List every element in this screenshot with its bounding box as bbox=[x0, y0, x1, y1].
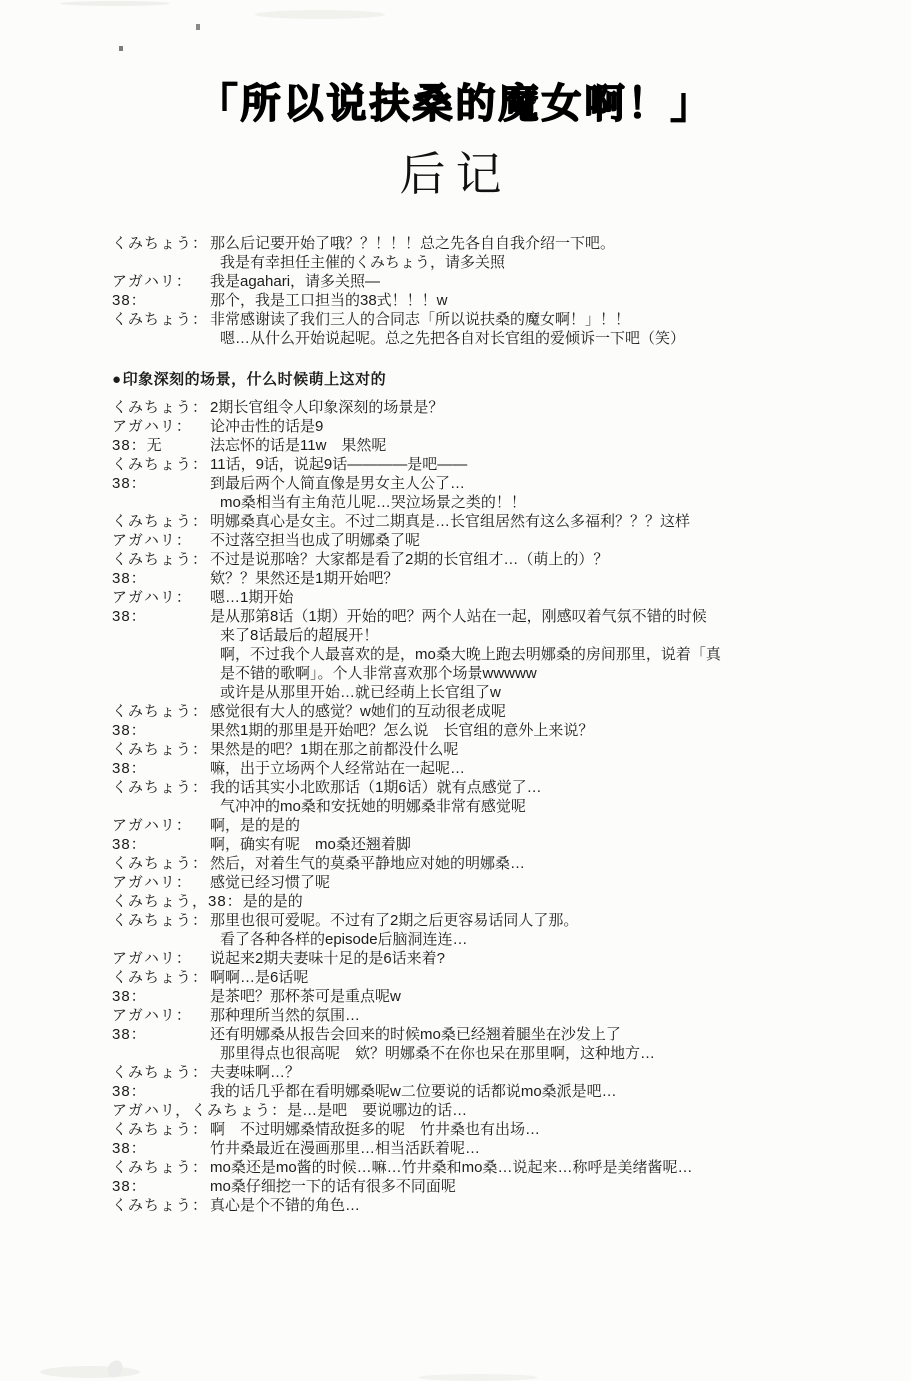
dialogue-text: 我是有幸担任主催的くみちょう，请多关照 bbox=[210, 253, 505, 272]
dialogue-text: 论冲击性的话是9 bbox=[210, 417, 323, 436]
dialogue-text: 非常感谢读了我们三人的合同志「所以说扶桑的魔女啊！」！！ bbox=[210, 310, 630, 329]
dialogue-line: 来了8话最后的超展开！ bbox=[112, 626, 872, 645]
dialogue-line: 气冲冲的mo桑和安抚她的明娜桑非常有感觉呢 bbox=[112, 797, 872, 816]
speaker-label: くみちょう： bbox=[112, 1196, 210, 1215]
dialogue-text: 那种理所当然的氛围… bbox=[210, 1006, 360, 1025]
speaker-label bbox=[112, 253, 210, 272]
speaker-label bbox=[112, 626, 210, 645]
dialogue-line: アガハリ：嗯…1期开始 bbox=[112, 588, 872, 607]
dialogue-line: くみちょう：真心是个不错的角色… bbox=[112, 1196, 872, 1215]
dialogue-text: 然后，对着生气的莫桑平静地应对她的明娜桑… bbox=[210, 854, 525, 873]
speaker-label: くみちょう： bbox=[112, 968, 210, 987]
dialogue-text: 我是agahari，请多关照— bbox=[210, 272, 380, 291]
dialogue-line: くみちょう，38：是的是的 bbox=[112, 892, 872, 911]
dialogue-line: 38：竹井桑最近在漫画那里…相当活跃着呢… bbox=[112, 1139, 872, 1158]
dialogue-line: アガハリ：那种理所当然的氛围… bbox=[112, 1006, 872, 1025]
dialogue-line: くみちょう：我的话其实小北欧那话（1期6话）就有点感觉了… bbox=[112, 778, 872, 797]
dialogue-line: 38：果然1期的那里是开始吧？怎么说 长官组的意外上来说？ bbox=[112, 721, 872, 740]
dialogue-line: 38：是茶吧？那杯茶可是重点呢w bbox=[112, 987, 872, 1006]
dialogue-text: 嗯…1期开始 bbox=[210, 588, 293, 607]
speaker-label: アガハリ： bbox=[112, 949, 210, 968]
speaker-label: 38： bbox=[112, 987, 210, 1006]
dialogue-line: アガハリ，くみちょう：是…是吧 要说哪边的话… bbox=[112, 1101, 872, 1120]
dialogue-text: 明娜桑真心是女主。不过二期真是…长官组居然有这么多福利？？？这样 bbox=[210, 512, 690, 531]
dialogue-text: 夫妻味啊…？ bbox=[210, 1063, 300, 1082]
dialogue-text: 啊，确实有呢 mo桑还翘着脚 bbox=[210, 835, 411, 854]
dialogue-text: 看了各种各样的episode后脑洞连连… bbox=[210, 930, 468, 949]
speaker-label: アガハリ： bbox=[112, 1006, 210, 1025]
speaker-label: 38： bbox=[112, 1025, 210, 1044]
dialogue-line: くみちょう：11话，9话，说起9话————是吧—— bbox=[112, 455, 872, 474]
dialogue-text: mo桑相当有主角范儿呢…哭泣场景之类的！！ bbox=[210, 493, 526, 512]
dialogue-line: くみちょう：然后，对着生气的莫桑平静地应对她的明娜桑… bbox=[112, 854, 872, 873]
dialogue-text: 果然是的吧？1期在那之前都没什么呢 bbox=[210, 740, 458, 759]
dialogue-line: 38：啊，确实有呢 mo桑还翘着脚 bbox=[112, 835, 872, 854]
discussion-dialogue: くみちょう：2期长官组令人印象深刻的场景是？アガハリ：论冲击性的话是938：无法… bbox=[112, 398, 872, 1215]
dialogue-text: 果然1期的那里是开始吧？怎么说 长官组的意外上来说？ bbox=[210, 721, 593, 740]
dialogue-line: 38：无法忘怀的话是11w 果然呢 bbox=[112, 436, 872, 455]
speaker-label: 38： bbox=[112, 569, 210, 588]
dialogue-line: 是不错的歌啊」。个人非常喜欢那个场景wwwww bbox=[112, 664, 872, 683]
dialogue-text: 我的话几乎都在看明娜桑呢w二位要说的话都说mo桑派是吧… bbox=[210, 1082, 617, 1101]
speaker-label: くみちょう： bbox=[112, 512, 210, 531]
dialogue-text: 啊，不过我个人最喜欢的是，mo桑大晚上跑去明娜桑的房间那里，说着「真 bbox=[210, 645, 721, 664]
dialogue-line: くみちょう：果然是的吧？1期在那之前都没什么呢 bbox=[112, 740, 872, 759]
scan-artifact bbox=[418, 1374, 538, 1381]
dialogue-line: mo桑相当有主角范儿呢…哭泣场景之类的！！ bbox=[112, 493, 872, 512]
dialogue-line: 那里得点也很高呢 欸？明娜桑不在你也呆在那里啊，这种地方… bbox=[112, 1044, 872, 1063]
dialogue-text: 是从那第8话（1期）开始的吧？两个人站在一起，刚感叹着气氛不错的时候 bbox=[210, 607, 707, 626]
dialogue-text: 那里得点也很高呢 欸？明娜桑不在你也呆在那里啊，这种地方… bbox=[210, 1044, 655, 1063]
speaker-label: 38： bbox=[112, 721, 210, 740]
speaker-label: くみちょう： bbox=[112, 1158, 210, 1177]
dialogue-line: くみちょう：感觉很有大人的感觉？w她们的互动很老成呢 bbox=[112, 702, 872, 721]
speaker-label: 38： bbox=[112, 835, 210, 854]
dialogue-text: 是的是的 bbox=[243, 892, 303, 911]
dialogue-text: 气冲冲的mo桑和安抚她的明娜桑非常有感觉呢 bbox=[210, 797, 526, 816]
speaker-label: 38： bbox=[112, 759, 210, 778]
afterword-heading: 后记 bbox=[0, 138, 911, 204]
intro-dialogue: くみちょう：那么后记要开始了哦？？！！！总之先各自自我介绍一下吧。我是有幸担任主… bbox=[112, 234, 872, 348]
dialogue-line: 我是有幸担任主催的くみちょう，请多关照 bbox=[112, 253, 872, 272]
dialogue-text: 啊啊…是6话呢 bbox=[210, 968, 308, 987]
speaker-label bbox=[112, 493, 210, 512]
dialogue-text: 或许是从那里开始…就已经萌上长官组了w bbox=[210, 683, 501, 702]
dialogue-text: 感觉已经习惯了呢 bbox=[210, 873, 330, 892]
dialogue-text: 还有明娜桑从报告会回来的时候mo桑已经翘着腿坐在沙发上了 bbox=[210, 1025, 621, 1044]
scan-artifact bbox=[60, 1, 170, 6]
scan-artifact bbox=[104, 1358, 125, 1381]
dialogue-text: 11话，9话，说起9话————是吧—— bbox=[210, 455, 467, 474]
dialogue-line: 38：到最后两个人简直像是男女主人公了… bbox=[112, 474, 872, 493]
dialogue-line: アガハリ：啊，是的是的 bbox=[112, 816, 872, 835]
dialogue-text: 不过落空担当也成了明娜桑了呢 bbox=[210, 531, 420, 550]
scan-artifact bbox=[255, 10, 385, 19]
dialogue-text: 欸？？果然还是1期开始吧？ bbox=[210, 569, 398, 588]
speaker-label: アガハリ： bbox=[112, 531, 210, 550]
dialogue-text: 不过是说那啥？大家都是看了2期的长官组才…（萌上的）？ bbox=[210, 550, 608, 569]
dialogue-text: 嘛，出于立场两个人经常站在一起呢… bbox=[210, 759, 465, 778]
speaker-label: くみちょう： bbox=[112, 778, 210, 797]
speaker-label: くみちょう： bbox=[112, 398, 210, 417]
speaker-label: くみちょう： bbox=[112, 1120, 210, 1139]
dialogue-line: くみちょう：非常感谢读了我们三人的合同志「所以说扶桑的魔女啊！」！！ bbox=[112, 310, 872, 329]
dialogue-text: 真心是个不错的角色… bbox=[210, 1196, 360, 1215]
dialogue-line: くみちょう：mo桑还是mo酱的时候…嘛…竹井桑和mo桑…说起来…称呼是美绪酱呢… bbox=[112, 1158, 872, 1177]
speaker-label: くみちょう： bbox=[112, 702, 210, 721]
dialogue-text: 到最后两个人简直像是男女主人公了… bbox=[210, 474, 465, 493]
dialogue-line: 看了各种各样的episode后脑洞连连… bbox=[112, 930, 872, 949]
dialogue-line: くみちょう：那么后记要开始了哦？？！！！总之先各自自我介绍一下吧。 bbox=[112, 234, 872, 253]
dialogue-text: 那里也很可爱呢。不过有了2期之后更容易话同人了那。 bbox=[210, 911, 578, 930]
dialogue-text: 法忘怀的话是11w 果然呢 bbox=[210, 436, 386, 455]
speaker-label: アガハリ： bbox=[112, 816, 210, 835]
dialogue-line: 38：是从那第8话（1期）开始的吧？两个人站在一起，刚感叹着气氛不错的时候 bbox=[112, 607, 872, 626]
dialogue-line: アガハリ：感觉已经习惯了呢 bbox=[112, 873, 872, 892]
dialogue-line: 38：欸？？果然还是1期开始吧？ bbox=[112, 569, 872, 588]
dialogue-line: 38：那个，我是工口担当的38式！！！w bbox=[112, 291, 872, 310]
dialogue-text: 是茶吧？那杯茶可是重点呢w bbox=[210, 987, 401, 1006]
speaker-label: くみちょう： bbox=[112, 455, 210, 474]
dialogue-line: くみちょう：2期长官组令人印象深刻的场景是？ bbox=[112, 398, 872, 417]
dialogue-line: 或许是从那里开始…就已经萌上长官组了w bbox=[112, 683, 872, 702]
dialogue-line: くみちょう：不过是说那啥？大家都是看了2期的长官组才…（萌上的）？ bbox=[112, 550, 872, 569]
speaker-label: くみちょう： bbox=[112, 234, 210, 253]
dialogue-line: くみちょう：夫妻味啊…？ bbox=[112, 1063, 872, 1082]
speaker-label: 38： bbox=[112, 474, 210, 493]
scan-artifact bbox=[40, 1366, 140, 1378]
speaker-label: アガハリ： bbox=[112, 417, 210, 436]
dialogue-line: くみちょう：明娜桑真心是女主。不过二期真是…长官组居然有这么多福利？？？这样 bbox=[112, 512, 872, 531]
speaker-label: くみちょう： bbox=[112, 550, 210, 569]
dialogue-line: アガハリ：说起来2期夫妻味十足的是6话来着? bbox=[112, 949, 872, 968]
section-title: 印象深刻的场景，什么时候萌上这对的 bbox=[123, 371, 387, 388]
dialogue-line: アガハリ：我是agahari，请多关照— bbox=[112, 272, 872, 291]
dialogue-text: 是不错的歌啊」。个人非常喜欢那个场景wwwww bbox=[210, 664, 537, 683]
speaker-label: アガハリ： bbox=[112, 272, 210, 291]
dialogue-text: mo桑仔细挖一下的话有很多不同面呢 bbox=[210, 1177, 456, 1196]
speaker-label: アガハリ： bbox=[112, 873, 210, 892]
dialogue-text: 我的话其实小北欧那话（1期6话）就有点感觉了… bbox=[210, 778, 542, 797]
dialogue-line: アガハリ：不过落空担当也成了明娜桑了呢 bbox=[112, 531, 872, 550]
speaker-label bbox=[112, 930, 210, 949]
dialogue-text: 是…是吧 要说哪边的话… bbox=[287, 1101, 467, 1120]
scan-artifact bbox=[119, 46, 123, 51]
speaker-label bbox=[112, 1044, 210, 1063]
dialogue-text: 啊 不过明娜桑情敌挺多的呢 竹井桑也有出场… bbox=[210, 1120, 540, 1139]
speaker-label bbox=[112, 683, 210, 702]
speaker-label: くみちょう： bbox=[112, 911, 210, 930]
bullet-icon: ● bbox=[112, 371, 122, 388]
speaker-label: くみちょう： bbox=[112, 740, 210, 759]
scanned-page: 「所以说扶桑的魔女啊！」 后记 くみちょう：那么后记要开始了哦？？！！！总之先各… bbox=[0, 0, 911, 1381]
dialogue-text: 竹井桑最近在漫画那里…相当活跃着呢… bbox=[210, 1139, 480, 1158]
dialogue-line: 嗯…从什么开始说起呢。总之先把各自对长官组的爱倾诉一下吧（笑） bbox=[112, 329, 872, 348]
dialogue-line: くみちょう：啊 不过明娜桑情敌挺多的呢 竹井桑也有出场… bbox=[112, 1120, 872, 1139]
speaker-label: 38： bbox=[112, 607, 210, 626]
dialogue-text: 2期长官组令人印象深刻的场景是？ bbox=[210, 398, 443, 417]
speaker-label: 38： bbox=[112, 1139, 210, 1158]
dialogue-line: 38：还有明娜桑从报告会回来的时候mo桑已经翘着腿坐在沙发上了 bbox=[112, 1025, 872, 1044]
dialogue-line: くみちょう：那里也很可爱呢。不过有了2期之后更容易话同人了那。 bbox=[112, 911, 872, 930]
dialogue-text: 那么后记要开始了哦？？！！！总之先各自自我介绍一下吧。 bbox=[210, 234, 615, 253]
doujin-title: 「所以说扶桑的魔女啊！」 bbox=[0, 72, 911, 129]
scan-artifact bbox=[196, 24, 200, 30]
dialogue-content: くみちょう：那么后记要开始了哦？？！！！总之先各自自我介绍一下吧。我是有幸担任主… bbox=[112, 234, 872, 1215]
dialogue-line: 38：mo桑仔细挖一下的话有很多不同面呢 bbox=[112, 1177, 872, 1196]
speaker-label: くみちょう： bbox=[112, 310, 210, 329]
dialogue-line: くみちょう：啊啊…是6话呢 bbox=[112, 968, 872, 987]
speaker-label: 38： bbox=[112, 1177, 210, 1196]
speaker-label: アガハリ，くみちょう： bbox=[112, 1101, 287, 1120]
speaker-label bbox=[112, 797, 210, 816]
speaker-label bbox=[112, 645, 210, 664]
speaker-label: 38： bbox=[112, 1082, 210, 1101]
dialogue-text: mo桑还是mo酱的时候…嘛…竹井桑和mo桑…说起来…称呼是美绪酱呢… bbox=[210, 1158, 693, 1177]
dialogue-text: 说起来2期夫妻味十足的是6话来着? bbox=[210, 949, 445, 968]
speaker-label bbox=[112, 664, 210, 683]
dialogue-line: 38：我的话几乎都在看明娜桑呢w二位要说的话都说mo桑派是吧… bbox=[112, 1082, 872, 1101]
speaker-label: アガハリ： bbox=[112, 588, 210, 607]
speaker-label: くみちょう： bbox=[112, 854, 210, 873]
speaker-label: くみちょう： bbox=[112, 1063, 210, 1082]
section-header: ●印象深刻的场景，什么时候萌上这对的 bbox=[112, 370, 872, 389]
dialogue-text: 来了8话最后的超展开！ bbox=[210, 626, 378, 645]
speaker-label: 38：无 bbox=[112, 436, 210, 455]
dialogue-line: 啊，不过我个人最喜欢的是，mo桑大晚上跑去明娜桑的房间那里，说着「真 bbox=[112, 645, 872, 664]
speaker-label: 38： bbox=[112, 291, 210, 310]
dialogue-line: アガハリ：论冲击性的话是9 bbox=[112, 417, 872, 436]
dialogue-text: 那个，我是工口担当的38式！！！w bbox=[210, 291, 448, 310]
speaker-label bbox=[112, 329, 210, 348]
speaker-label: くみちょう，38： bbox=[112, 892, 243, 911]
dialogue-text: 啊，是的是的 bbox=[210, 816, 300, 835]
dialogue-line: 38：嘛，出于立场两个人经常站在一起呢… bbox=[112, 759, 872, 778]
dialogue-text: 嗯…从什么开始说起呢。总之先把各自对长官组的爱倾诉一下吧（笑） bbox=[210, 329, 685, 348]
dialogue-text: 感觉很有大人的感觉？w她们的互动很老成呢 bbox=[210, 702, 506, 721]
